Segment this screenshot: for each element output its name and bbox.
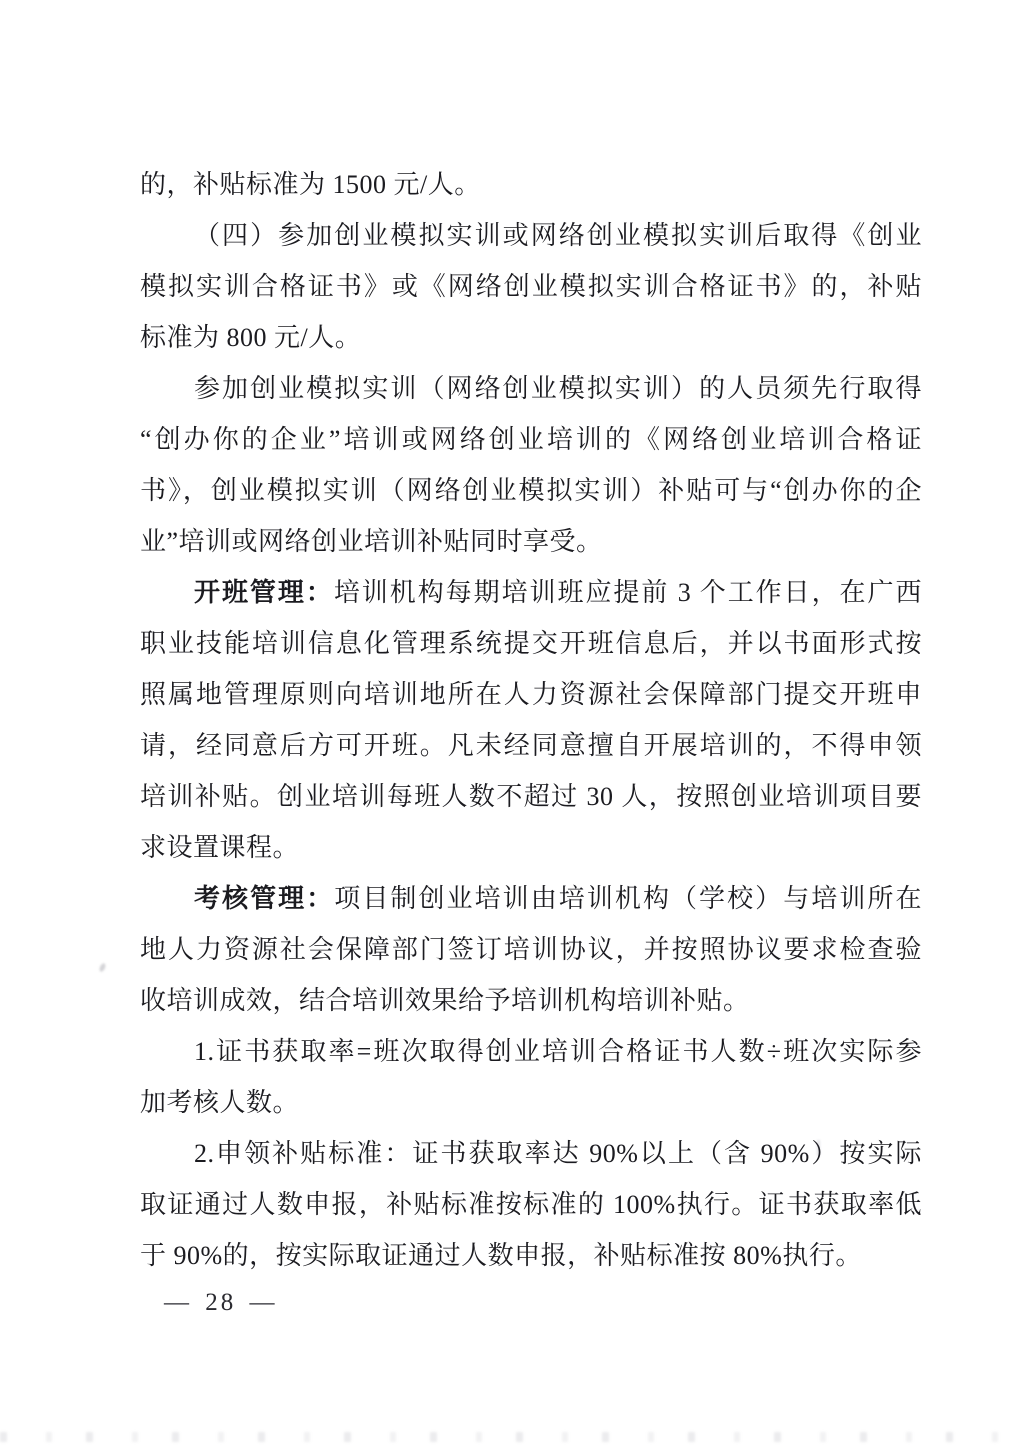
scanned-document-page: 的，补贴标准为 1500 元/人。（四）参加创业模拟实训或网络创业模拟实训后取得…	[0, 0, 1024, 1448]
text-line: 地人力资源社会保障部门签订培训协议，并按照协议要求检查验	[140, 924, 922, 975]
text-segment: 标准为 800 元/人。	[140, 323, 361, 352]
text-segment: 模拟实训合格证书》或《网络创业模拟实训合格证书》的，补贴	[140, 272, 922, 301]
text-segment: 地人力资源社会保障部门签订培训协议，并按照协议要求检查验	[140, 935, 922, 964]
bold-run-in-heading: 开班管理：	[194, 578, 334, 607]
text-line: 于 90%的，按实际取证通过人数申报，补贴标准按 80%执行。	[140, 1230, 922, 1281]
text-segment: （四）参加创业模拟实训或网络创业模拟实训后取得《创业	[194, 221, 922, 250]
text-line: 职业技能培训信息化管理系统提交开班信息后，并以书面形式按	[140, 618, 922, 669]
text-line: 2.申领补贴标准：证书获取率达 90%以上（含 90%）按实际	[140, 1128, 922, 1179]
text-segment: 收培训成效，结合培训效果给予培训机构培训补贴。	[140, 986, 750, 1015]
text-segment: 培训机构每期培训班应提前 3 个工作日，在广西	[334, 578, 922, 607]
text-line: 收培训成效，结合培训效果给予培训机构培训补贴。	[140, 975, 922, 1026]
text-line: 1.证书获取率=班次取得创业培训合格证书人数÷班次实际参	[140, 1026, 922, 1077]
text-segment: 加考核人数。	[140, 1088, 299, 1117]
text-segment: 求设置课程。	[140, 833, 299, 862]
text-line: 培训补贴。创业培训每班人数不超过 30 人，按照创业培训项目要	[140, 771, 922, 822]
text-line: 加考核人数。	[140, 1077, 922, 1128]
text-line: 考核管理：项目制创业培训由培训机构（学校）与培训所在	[140, 873, 922, 924]
text-line: 照属地管理原则向培训地所在人力资源社会保障部门提交开班申	[140, 669, 922, 720]
text-line: 请，经同意后方可开班。凡未经同意擅自开展培训的，不得申领	[140, 720, 922, 771]
text-segment: 项目制创业培训由培训机构（学校）与培训所在	[334, 884, 922, 913]
text-segment: 请，经同意后方可开班。凡未经同意擅自开展培训的，不得申领	[140, 731, 922, 760]
scan-smudge-artifact	[817, 1140, 820, 1156]
bold-run-in-heading: 考核管理：	[194, 884, 334, 913]
text-line: 标准为 800 元/人。	[140, 312, 922, 363]
text-line: 开班管理：培训机构每期培训班应提前 3 个工作日，在广西	[140, 567, 922, 618]
text-segment: “创办你的企业”培训或网络创业培训的《网络创业培训合格证	[140, 425, 922, 454]
text-line: 的，补贴标准为 1500 元/人。	[140, 159, 922, 210]
scan-speck-artifact	[98, 962, 106, 972]
text-segment: 于 90%的，按实际取证通过人数申报，补贴标准按 80%执行。	[140, 1241, 862, 1270]
document-body: 的，补贴标准为 1500 元/人。（四）参加创业模拟实训或网络创业模拟实训后取得…	[140, 159, 922, 1281]
text-line: 业”培训或网络创业培训补贴同时享受。	[140, 516, 922, 567]
text-segment: 书》，创业模拟实训（网络创业模拟实训）补贴可与“创办你的企	[140, 476, 922, 505]
text-segment: 业”培训或网络创业培训补贴同时享受。	[140, 527, 603, 556]
text-segment: 照属地管理原则向培训地所在人力资源社会保障部门提交开班申	[140, 680, 922, 709]
text-segment: 取证通过人数申报，补贴标准按标准的 100%执行。证书获取率低	[140, 1190, 922, 1219]
text-line: “创办你的企业”培训或网络创业培训的《网络创业培训合格证	[140, 414, 922, 465]
text-line: 书》，创业模拟实训（网络创业模拟实训）补贴可与“创办你的企	[140, 465, 922, 516]
text-line: （四）参加创业模拟实训或网络创业模拟实训后取得《创业	[140, 210, 922, 261]
text-segment: 培训补贴。创业培训每班人数不超过 30 人，按照创业培训项目要	[140, 782, 922, 811]
page-number: — 28 —	[164, 1283, 278, 1323]
text-segment: 参加创业模拟实训（网络创业模拟实训）的人员须先行取得	[194, 374, 922, 403]
text-line: 模拟实训合格证书》或《网络创业模拟实训合格证书》的，补贴	[140, 261, 922, 312]
text-line: 参加创业模拟实训（网络创业模拟实训）的人员须先行取得	[140, 363, 922, 414]
text-segment: 的，补贴标准为 1500 元/人。	[140, 170, 481, 199]
scan-bleed-artifact	[0, 1432, 1024, 1442]
text-line: 求设置课程。	[140, 822, 922, 873]
text-segment: 1.证书获取率=班次取得创业培训合格证书人数÷班次实际参	[194, 1037, 922, 1066]
text-segment: 2.申领补贴标准：证书获取率达 90%以上（含 90%）按实际	[194, 1139, 922, 1168]
text-line: 取证通过人数申报，补贴标准按标准的 100%执行。证书获取率低	[140, 1179, 922, 1230]
text-segment: 职业技能培训信息化管理系统提交开班信息后，并以书面形式按	[140, 629, 922, 658]
